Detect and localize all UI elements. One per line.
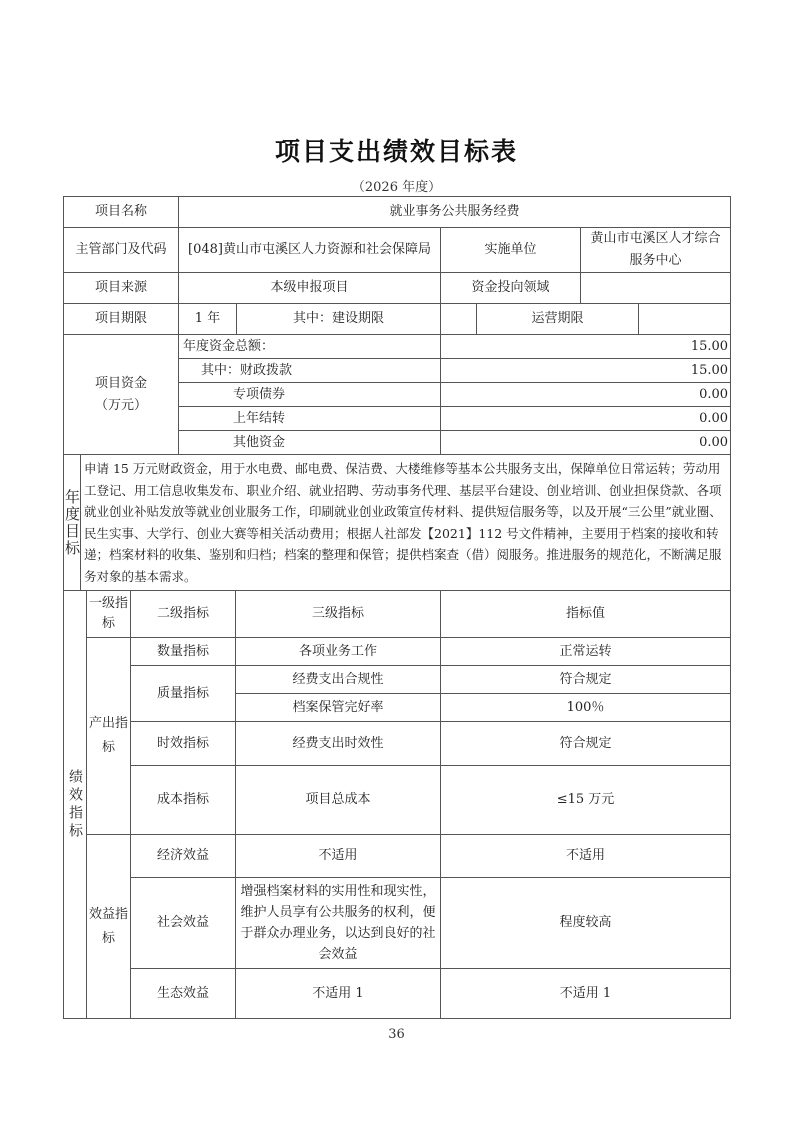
funding-item-value: 15.00 — [441, 359, 731, 383]
value-quality-compliance: 符合规定 — [441, 666, 731, 694]
implementer-label: 实施单位 — [441, 228, 581, 273]
department-label: 主管部门及代码 — [64, 228, 179, 273]
funding-item-label: 专项债券 — [179, 383, 441, 407]
funding-row-total: 项目资金 （万元） 年度资金总额： 15.00 — [64, 335, 731, 359]
indicator-row-quantity: 产出指标 数量指标 各项业务工作 正常运转 — [64, 638, 731, 666]
funding-item-label: 年度资金总额： — [179, 335, 441, 359]
value-economic: 不适用 — [441, 835, 731, 878]
indicators-table: 绩效指标 一级指标 二级指标 三级指标 指标值 产出指标 数量指标 各项业务工作… — [63, 590, 731, 1019]
source-label: 项目来源 — [64, 273, 179, 304]
construction-period-label: 其中：建设期限 — [237, 304, 441, 335]
funding-item-value: 0.00 — [441, 407, 731, 431]
indicator-row-ecological: 生态效益 不适用 1 不适用 1 — [64, 969, 731, 1019]
header-level3: 三级指标 — [236, 591, 441, 638]
funding-item-label: 其中：财政拨款 — [179, 359, 441, 383]
header-level1: 一级指标 — [87, 591, 131, 638]
indicators-section-label: 绩效指标 — [64, 591, 87, 1019]
level2-economic: 经济效益 — [131, 835, 236, 878]
project-name-label: 项目名称 — [64, 197, 179, 228]
investment-area-label: 资金投向领域 — [441, 273, 581, 304]
implementer-value: 黄山市屯溪区人才综合服务中心 — [581, 228, 731, 273]
level3-timeliness: 经费支出时效性 — [236, 722, 441, 766]
level3-quantity: 各项业务工作 — [236, 638, 441, 666]
funding-item-label: 其他资金 — [179, 431, 441, 455]
annual-goal-table: 年度目标 申请 15 万元财政资金，用于水电费、邮电费、保洁费、大楼维修等基本公… — [63, 454, 731, 591]
project-name-value: 就业事务公共服务经费 — [179, 197, 731, 228]
level3-social: 增强档案材料的实用性和现实性，维护人员享有公共服务的权利，便于群众办理业务，以达… — [236, 878, 441, 969]
indicator-row-social: 社会效益 增强档案材料的实用性和现实性，维护人员享有公共服务的权利，便于群众办理… — [64, 878, 731, 969]
funding-item-value: 0.00 — [441, 383, 731, 407]
funding-label-line1: 项目资金 — [68, 373, 174, 395]
level2-quality: 质量指标 — [131, 666, 236, 722]
level3-cost: 项目总成本 — [236, 766, 441, 835]
level2-ecological: 生态效益 — [131, 969, 236, 1019]
indicator-row-quality-1: 质量指标 经费支出合规性 符合规定 — [64, 666, 731, 694]
row-period: 项目期限 1 年 其中：建设期限 运营期限 — [64, 304, 731, 335]
basic-info-table: 项目名称 就业事务公共服务经费 主管部门及代码 [048]黄山市屯溪区人力资源和… — [63, 196, 731, 455]
level3-quality-compliance: 经费支出合规性 — [236, 666, 441, 694]
value-social: 程度较高 — [441, 878, 731, 969]
header-level2: 二级指标 — [131, 591, 236, 638]
level3-quality-archive: 档案保管完好率 — [236, 694, 441, 722]
funding-item-value: 0.00 — [441, 431, 731, 455]
header-value: 指标值 — [441, 591, 731, 638]
operation-period-value — [639, 304, 731, 335]
row-project-name: 项目名称 就业事务公共服务经费 — [64, 197, 731, 228]
level2-timeliness: 时效指标 — [131, 722, 236, 766]
indicator-row-timeliness: 时效指标 经费支出时效性 符合规定 — [64, 722, 731, 766]
funding-item-label: 上年结转 — [179, 407, 441, 431]
department-value: [048]黄山市屯溪区人力资源和社会保障局 — [179, 228, 441, 273]
value-timeliness: 符合规定 — [441, 722, 731, 766]
operation-period-label: 运营期限 — [477, 304, 639, 335]
funding-label: 项目资金 （万元） — [64, 335, 179, 455]
construction-period-value — [441, 304, 477, 335]
indicator-row-cost: 成本指标 项目总成本 ≤15 万元 — [64, 766, 731, 835]
level3-ecological: 不适用 1 — [236, 969, 441, 1019]
page-title: 项目支出绩效目标表 — [0, 132, 793, 168]
annual-goal-label: 年度目标 — [64, 455, 81, 591]
page-subtitle-year: （2026 年度） — [0, 176, 793, 195]
period-label: 项目期限 — [64, 304, 179, 335]
annual-goal-row: 年度目标 申请 15 万元财政资金，用于水电费、邮电费、保洁费、大楼维修等基本公… — [64, 455, 731, 591]
funding-item-value: 15.00 — [441, 335, 731, 359]
page-number: 36 — [0, 1027, 793, 1042]
benefit-indicators-label: 效益指标 — [87, 835, 131, 1019]
level2-cost: 成本指标 — [131, 766, 236, 835]
period-value: 1 年 — [179, 304, 237, 335]
value-ecological: 不适用 1 — [441, 969, 731, 1019]
indicator-row-economic: 效益指标 经济效益 不适用 不适用 — [64, 835, 731, 878]
row-department: 主管部门及代码 [048]黄山市屯溪区人力资源和社会保障局 实施单位 黄山市屯溪… — [64, 228, 731, 273]
value-quantity: 正常运转 — [441, 638, 731, 666]
row-source: 项目来源 本级申报项目 资金投向领域 — [64, 273, 731, 304]
investment-area-value — [581, 273, 731, 304]
indicators-header-row: 绩效指标 一级指标 二级指标 三级指标 指标值 — [64, 591, 731, 638]
output-indicators-label: 产出指标 — [87, 638, 131, 835]
value-cost: ≤15 万元 — [441, 766, 731, 835]
level2-quantity: 数量指标 — [131, 638, 236, 666]
funding-label-line2: （万元） — [68, 395, 174, 417]
level3-economic: 不适用 — [236, 835, 441, 878]
annual-goal-text: 申请 15 万元财政资金，用于水电费、邮电费、保洁费、大楼维修等基本公共服务支出… — [81, 455, 731, 591]
level2-social: 社会效益 — [131, 878, 236, 969]
source-value: 本级申报项目 — [179, 273, 441, 304]
value-quality-archive: 100％ — [441, 694, 731, 722]
